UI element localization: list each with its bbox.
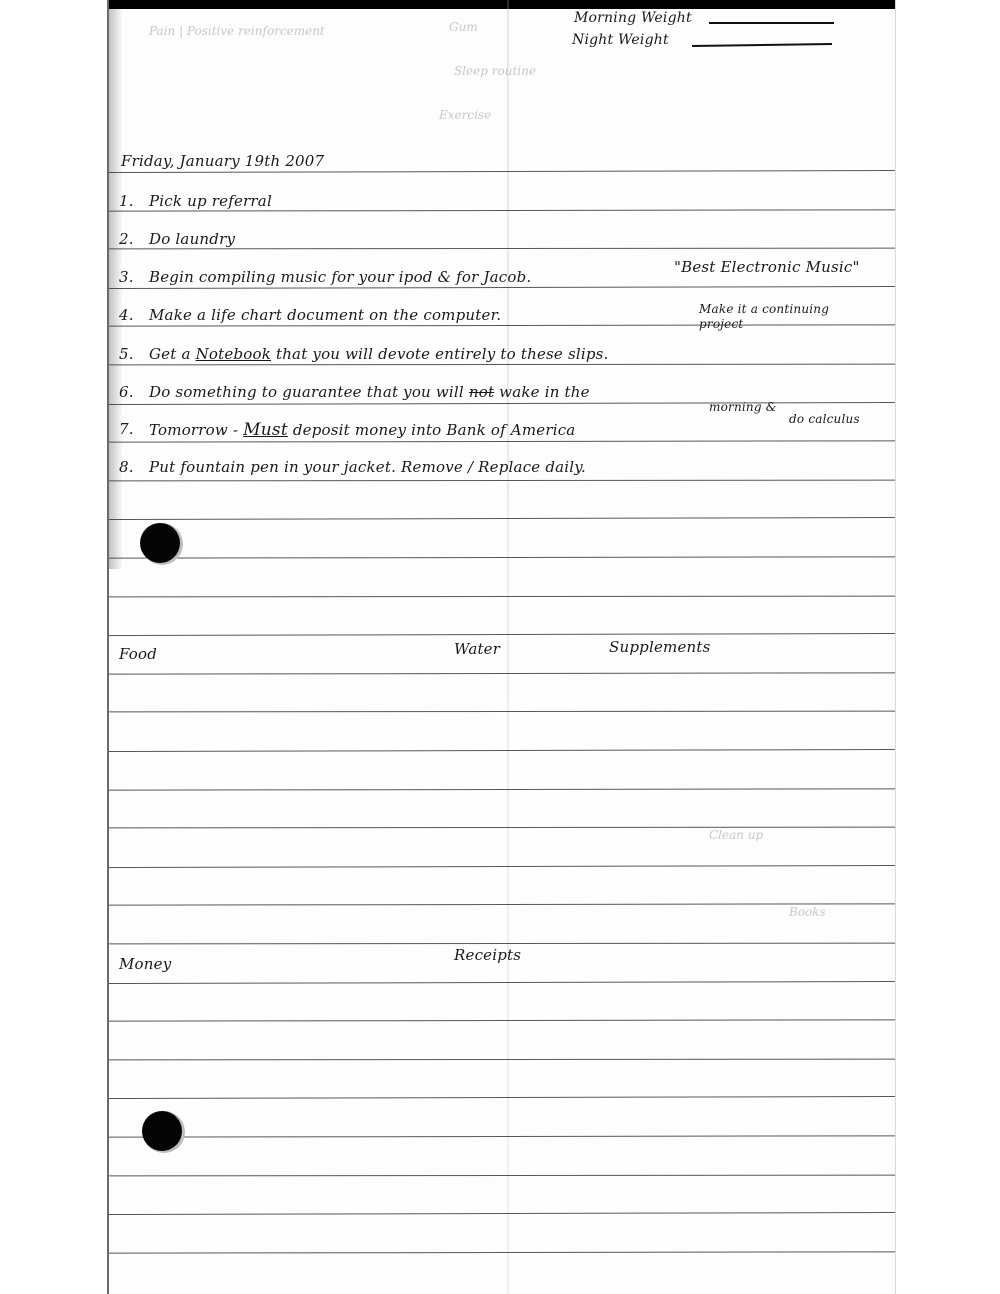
todo-note: morning & <box>709 400 777 414</box>
todo-text: Do laundry <box>149 230 235 248</box>
ruled-line <box>109 865 895 868</box>
section-food: Food <box>119 645 157 663</box>
bleed-through-text: Books <box>789 905 826 919</box>
scan-top-band <box>109 0 895 9</box>
todo-text-part: that you will devote entirely to these s… <box>271 345 609 363</box>
morning-weight-label: Morning Weight <box>574 10 692 26</box>
todo-text: Get a Notebook that you will devote enti… <box>149 345 609 363</box>
bleed-through-text: Sleep routine <box>454 64 536 78</box>
section-water: Water <box>454 640 500 658</box>
ruled-line <box>109 904 895 907</box>
todo-number: 2. <box>119 230 134 248</box>
todo-text-part: Tomorrow - <box>149 421 243 439</box>
ruled-line <box>109 1251 895 1254</box>
todo-number: 6. <box>119 383 134 401</box>
ruled-line <box>109 556 895 559</box>
todo-text: Do something to guarantee that you will … <box>149 383 590 401</box>
todo-text-part: Do something to guarantee that you will <box>149 383 469 401</box>
night-weight-label: Night Weight <box>572 32 669 48</box>
ruled-line <box>109 788 895 791</box>
paper-crease <box>507 0 509 1294</box>
ruled-line <box>109 595 895 597</box>
todo-number: 3. <box>119 268 134 286</box>
todo-number: 8. <box>119 458 134 476</box>
section-supplements: Supplements <box>609 638 711 656</box>
ruled-line <box>109 402 895 405</box>
bleed-through-text: Clean up <box>709 828 763 842</box>
ruled-line <box>109 749 895 752</box>
ruled-line <box>109 286 895 289</box>
todo-emphasis: Notebook <box>196 345 271 363</box>
todo-text-part: deposit money into Bank of America <box>288 421 576 439</box>
ruled-line <box>109 441 895 444</box>
morning-weight-field[interactable] <box>709 22 834 24</box>
bleed-through-text: Pain | Positive reinforcement <box>149 24 325 38</box>
ruled-line <box>109 364 895 366</box>
ruled-line <box>109 479 895 481</box>
todo-text: Tomorrow - Must deposit money into Bank … <box>149 420 575 440</box>
ruled-line <box>109 248 895 250</box>
ruled-line <box>109 517 895 520</box>
todo-number: 5. <box>119 345 134 363</box>
todo-struck: not <box>469 383 494 401</box>
ruled-line <box>109 1135 895 1138</box>
ruled-line <box>109 1174 895 1176</box>
todo-note: "Best Electronic Music" <box>674 258 860 276</box>
ruled-line <box>109 981 895 984</box>
ruled-line <box>109 1020 895 1023</box>
todo-note: Make it a continuing project <box>699 302 869 332</box>
todo-text-part: wake in the <box>494 383 589 401</box>
ruled-line <box>109 1212 895 1215</box>
todo-text-part: Get a <box>149 345 196 363</box>
ruled-line <box>109 943 895 945</box>
todo-text: Make a life chart document on the comput… <box>149 306 501 324</box>
todo-emphasis: Must <box>243 420 288 440</box>
night-weight-field[interactable] <box>692 43 832 46</box>
todo-number: 1. <box>119 192 134 210</box>
section-money: Money <box>119 955 171 973</box>
section-receipts: Receipts <box>454 946 521 964</box>
ruled-line <box>109 1058 895 1060</box>
punch-hole-top <box>140 523 180 563</box>
todo-number: 7. <box>119 420 134 438</box>
ruled-line <box>109 1096 895 1099</box>
ruled-line <box>109 633 895 636</box>
ruled-line <box>109 711 895 713</box>
todo-text: Put fountain pen in your jacket. Remove … <box>149 458 586 476</box>
todo-text: Pick up referral <box>149 192 272 210</box>
todo-text: Begin compiling music for your ipod & fo… <box>149 268 531 286</box>
punch-hole-bottom <box>142 1111 182 1151</box>
todo-note: do calculus <box>789 412 860 426</box>
notebook-page: Pain | Positive reinforcement Gum Sleep … <box>107 0 896 1294</box>
ruled-line <box>109 672 895 675</box>
todo-number: 4. <box>119 306 134 324</box>
ruled-line <box>109 170 895 173</box>
bleed-through-text: Gum <box>449 20 478 34</box>
ruled-line <box>109 827 895 829</box>
page-date: Friday, January 19th 2007 <box>121 152 324 170</box>
bleed-through-text: Exercise <box>439 108 491 122</box>
